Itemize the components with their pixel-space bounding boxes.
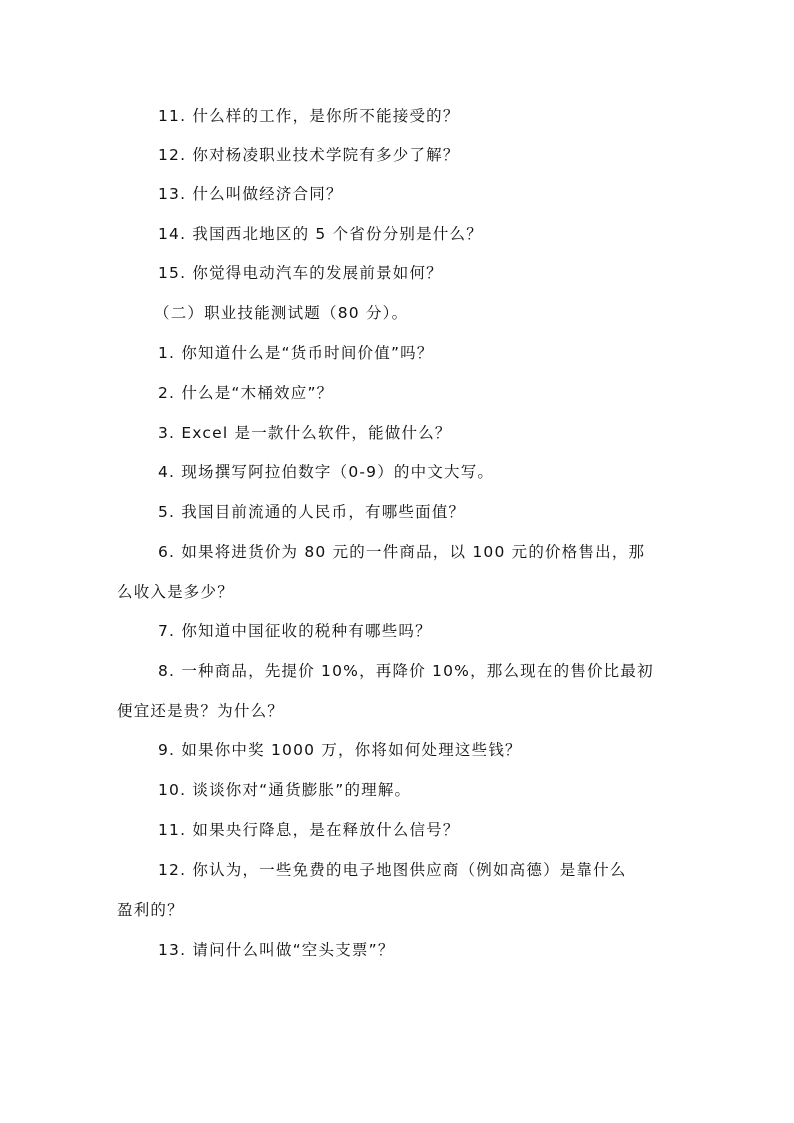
question-3: 3. Excel 是一款什么软件，能做什么？	[158, 423, 452, 443]
question-12-line2: 盈利的？	[117, 900, 184, 920]
question-10: 10. 谈谈你对“通货膨胀”的理解。	[158, 780, 411, 800]
question-p1-12: 12. 你对杨凌职业技术学院有多少了解？	[158, 145, 460, 165]
question-5: 5. 我国目前流通的人民币，有哪些面值？	[158, 502, 465, 522]
question-11: 11. 如果央行降息，是在释放什么信号？	[158, 820, 460, 840]
question-8-line2: 便宜还是贵？为什么？	[117, 701, 284, 721]
question-p1-13: 13. 什么叫做经济合同？	[158, 184, 343, 204]
question-12-line1: 12. 你认为，一些免费的电子地图供应商（例如高德）是靠什么	[158, 860, 627, 880]
question-4: 4. 现场撰写阿拉伯数字（0-9）的中文大写。	[158, 462, 494, 482]
question-8-line1: 8. 一种商品，先提价 10%，再降价 10%，那么现在的售价比最初	[158, 661, 654, 681]
section-heading: （二）职业技能测试题（80 分）。	[154, 303, 408, 323]
question-13: 13. 请问什么叫做“空头支票”？	[158, 940, 395, 960]
question-6-line1: 6. 如果将进货价为 80 元的一件商品，以 100 元的价格售出，那	[158, 542, 645, 562]
question-1: 1. 你知道什么是“货币时间价值”吗？	[158, 343, 434, 363]
question-6-line2: 么收入是多少？	[117, 582, 234, 602]
question-7: 7. 你知道中国征收的税种有哪些吗？	[158, 621, 432, 641]
question-p1-14: 14. 我国西北地区的 5 个省份分别是什么？	[158, 224, 483, 244]
question-2: 2. 什么是“木桶效应”？	[158, 383, 333, 403]
question-9: 9. 如果你中奖 1000 万，你将如何处理这些钱？	[158, 740, 522, 760]
question-p1-15: 15. 你觉得电动汽车的发展前景如何？	[158, 263, 443, 283]
question-p1-11: 11. 什么样的工作，是你所不能接受的？	[158, 106, 460, 126]
